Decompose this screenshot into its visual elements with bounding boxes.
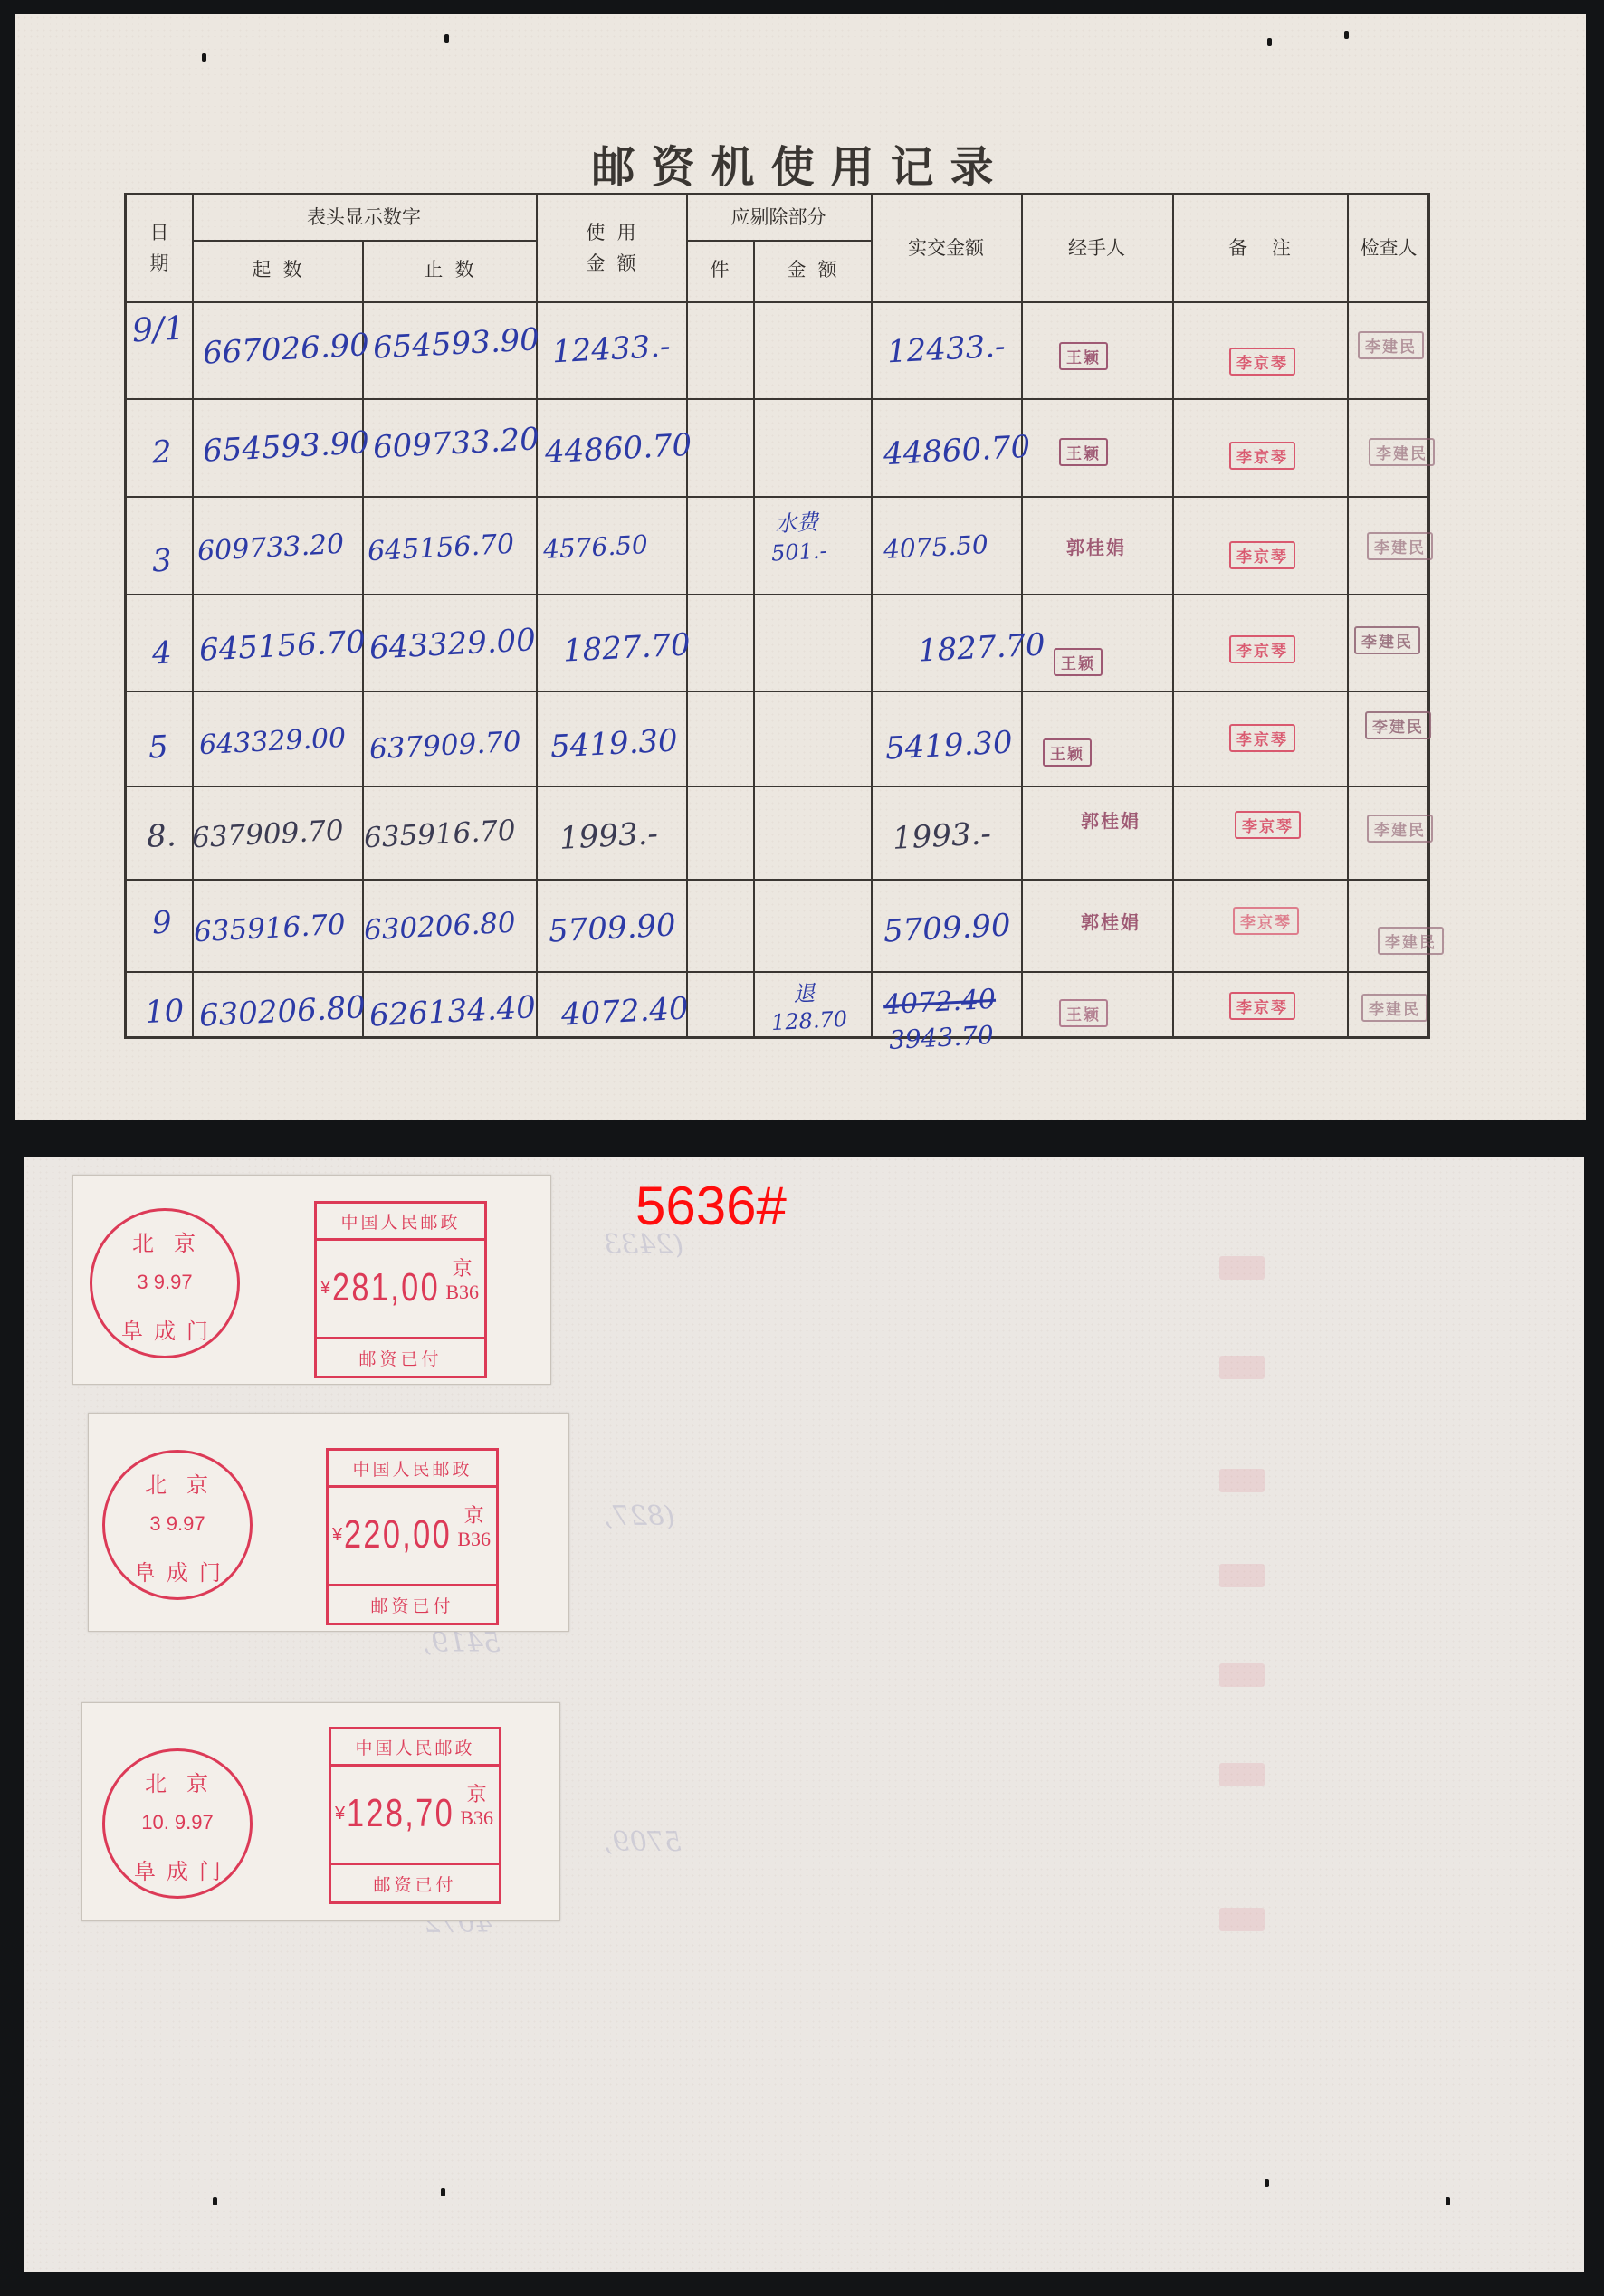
cell-actual-struck: 4072.40 xyxy=(883,984,997,1021)
cell-start: 645156.70 xyxy=(198,624,367,669)
meter-header: 中国人民邮政 xyxy=(329,1451,496,1488)
header-end-reading: 止 数 xyxy=(362,240,536,301)
postmark: 北京 3 9.97 阜成门 xyxy=(102,1450,253,1600)
currency-symbol: ¥ xyxy=(320,1278,330,1299)
meter-stamp-cutting: 北京 3 9.97 阜成门 中国人民邮政 ¥ 281,00 京 B36 邮资已付 xyxy=(72,1175,551,1385)
postage-amount: 281,00 xyxy=(332,1265,440,1310)
cell-deduct-note: 水费 xyxy=(774,504,819,538)
cell-start: 609733.20 xyxy=(196,529,345,567)
inspector-seal: 李建民 xyxy=(1365,711,1431,739)
postmark-date: 10. 9.97 xyxy=(105,1811,250,1834)
show-through-seal xyxy=(1219,1469,1265,1492)
staple-hole xyxy=(213,2197,217,2205)
cell-used: 12433.- xyxy=(551,329,671,371)
cell-end: 645156.70 xyxy=(367,529,515,567)
postmark-date: 3 9.97 xyxy=(92,1271,237,1294)
meter-city-code: 京 xyxy=(460,1783,493,1806)
catalog-number-label: 5636# xyxy=(635,1175,787,1237)
header-deductions: 应剔除部分 xyxy=(686,195,871,240)
staple-hole xyxy=(1265,2179,1269,2187)
postage-meter-impression: 中国人民邮政 ¥ 220,00 京 B36 邮资已付 xyxy=(326,1448,499,1625)
cell-end: 626134.40 xyxy=(368,989,537,1034)
inspector-seal: 李建民 xyxy=(1369,438,1435,466)
cell-date: 5 xyxy=(148,729,169,766)
cell-date: 10 xyxy=(144,993,185,1031)
show-through-seal xyxy=(1219,1908,1265,1931)
cell-start: 654593.90 xyxy=(202,424,370,470)
cell-start: 667026.90 xyxy=(202,327,370,372)
cell-deduct-amount: 128.70 xyxy=(770,1006,847,1035)
inspector-seal: 李建民 xyxy=(1354,626,1420,654)
handler-seal: 王颖 xyxy=(1059,438,1108,466)
cell-start: 643329.00 xyxy=(198,722,347,761)
handler-seal: 王颖 xyxy=(1059,999,1108,1027)
cell-actual: 1993.- xyxy=(892,815,992,857)
postmark: 北京 3 9.97 阜成门 xyxy=(90,1208,240,1358)
show-through-seal xyxy=(1219,1763,1265,1786)
postmark-office: 阜成门 xyxy=(105,1853,250,1885)
cell-actual: 12433.- xyxy=(886,329,1006,371)
postmark: 北京 10. 9.97 阜成门 xyxy=(102,1748,253,1899)
postage-meter-impression: 中国人民邮政 ¥ 281,00 京 B36 邮资已付 xyxy=(314,1201,487,1378)
cell-used: 1993.- xyxy=(559,815,659,857)
remark-seal: 李京琴 xyxy=(1235,811,1301,839)
meter-header: 中国人民邮政 xyxy=(317,1204,484,1241)
cell-date: 3 xyxy=(151,542,173,579)
cell-start: 630206.80 xyxy=(198,989,367,1034)
header-actual-amount: 实交金额 xyxy=(871,195,1021,301)
ledger-sheet-front: 邮资机使用记录 日 期 表头显示数字 起 数 止 数 使 用 金 额 应剔除部分… xyxy=(15,14,1586,1120)
meter-footer: 邮资已付 xyxy=(331,1863,499,1901)
show-through-writing: 5709, xyxy=(604,1826,682,1858)
header-deduct-items: 件 xyxy=(686,240,753,301)
staple-hole xyxy=(441,2188,445,2196)
handler-seal: 王颖 xyxy=(1059,342,1108,370)
cell-start: 635916.70 xyxy=(193,909,346,949)
show-through-writing: (827, xyxy=(604,1500,675,1532)
postmark-city: 北京 xyxy=(92,1225,237,1257)
staple-hole xyxy=(1446,2197,1450,2205)
cell-actual: 5419.30 xyxy=(884,724,1014,767)
meter-city-code: 京 xyxy=(445,1257,479,1281)
cell-actual: 5709.90 xyxy=(883,907,1012,949)
handler-seal: 郭桂娟 xyxy=(1059,530,1133,562)
currency-symbol: ¥ xyxy=(332,1525,342,1546)
show-through-writing: (2433 xyxy=(604,1229,683,1261)
cell-deduct-note: 退 xyxy=(792,975,816,1007)
cell-used: 44860.70 xyxy=(544,427,692,471)
meter-header: 中国人民邮政 xyxy=(331,1729,499,1767)
cell-actual: 1827.70 xyxy=(917,626,1046,669)
staple-hole xyxy=(1344,31,1349,39)
staple-hole xyxy=(444,34,449,43)
document-title: 邮资机使用记录 xyxy=(15,132,1586,195)
postage-meter-impression: 中国人民邮政 ¥ 128,70 京 B36 邮资已付 xyxy=(329,1727,501,1904)
show-through-seal xyxy=(1219,1663,1265,1687)
postage-amount: 220,00 xyxy=(344,1512,452,1558)
inspector-seal: 李建民 xyxy=(1367,815,1433,843)
remark-seal: 李京琴 xyxy=(1229,635,1295,663)
meter-machine-code: B36 xyxy=(445,1281,479,1304)
header-remarks: 备 注 xyxy=(1172,195,1347,301)
inspector-seal: 李建民 xyxy=(1378,927,1444,955)
cell-deduct-amount: 501.- xyxy=(770,538,827,566)
meter-stamp-cutting: 北京 10. 9.97 阜成门 中国人民邮政 ¥ 128,70 京 B36 邮资… xyxy=(81,1702,560,1921)
cell-used: 5419.30 xyxy=(549,722,679,765)
remark-seal: 李京琴 xyxy=(1229,541,1295,569)
remark-seal: 李京琴 xyxy=(1233,907,1299,935)
remark-seal: 李京琴 xyxy=(1229,442,1295,470)
remark-seal: 李京琴 xyxy=(1229,724,1295,752)
postmark-city: 北京 xyxy=(105,1766,250,1797)
handler-seal: 郭桂娟 xyxy=(1074,804,1148,835)
header-date: 日 期 xyxy=(127,195,192,301)
cell-date: 9/1 xyxy=(131,310,186,350)
cell-actual-corrected: 3943.70 xyxy=(888,1020,994,1055)
meter-footer: 邮资已付 xyxy=(329,1584,496,1623)
cell-end: 643329.00 xyxy=(368,622,537,667)
remark-seal: 李京琴 xyxy=(1229,992,1295,1020)
cell-end: 609733.20 xyxy=(372,421,540,466)
handler-seal: 王颖 xyxy=(1054,648,1103,676)
meter-stamp-cutting: 北京 3 9.97 阜成门 中国人民邮政 ¥ 220,00 京 B36 邮资已付 xyxy=(88,1413,569,1632)
header-start-reading: 起 数 xyxy=(192,240,362,301)
inspector-seal: 李建民 xyxy=(1358,331,1424,359)
header-deduct-amount: 金 额 xyxy=(753,240,871,301)
show-through-seal xyxy=(1219,1256,1265,1280)
cell-start: 637909.70 xyxy=(191,815,344,855)
handler-seal: 王颖 xyxy=(1043,738,1092,767)
handler-seal: 郭桂娟 xyxy=(1074,905,1148,937)
cell-actual: 44860.70 xyxy=(883,429,1031,472)
postmark-office: 阜成门 xyxy=(92,1313,237,1345)
postmark-office: 阜成门 xyxy=(105,1555,250,1586)
show-through-seal xyxy=(1219,1356,1265,1379)
inspector-seal: 李建民 xyxy=(1367,532,1433,560)
postage-meter-ledger-table: 日 期 表头显示数字 起 数 止 数 使 用 金 额 应剔除部分 件 金 额 实… xyxy=(124,193,1430,1039)
show-through-writing: 5419, xyxy=(423,1627,501,1659)
cell-used: 4072.40 xyxy=(560,990,690,1033)
cell-date: 4 xyxy=(151,634,173,672)
cell-date: 2 xyxy=(151,433,173,471)
postage-amount: 128,70 xyxy=(347,1791,454,1836)
header-used-amount: 使 用 金 额 xyxy=(536,195,686,301)
meter-footer: 邮资已付 xyxy=(317,1337,484,1376)
header-meter-display: 表头显示数字 xyxy=(192,195,536,240)
cell-date: 9 xyxy=(151,904,173,941)
inspector-seal: 李建民 xyxy=(1361,994,1427,1022)
show-through-seal xyxy=(1219,1564,1265,1587)
currency-symbol: ¥ xyxy=(335,1804,345,1824)
cell-end: 637909.70 xyxy=(368,726,521,767)
meter-machine-code: B36 xyxy=(460,1806,493,1830)
cell-used: 1827.70 xyxy=(562,626,692,669)
cell-used: 4576.50 xyxy=(542,529,648,565)
ledger-sheet-back: 5636# (2433 48b0,7 (827, 5419, 5709, 407… xyxy=(24,1157,1584,2272)
postmark-city: 北京 xyxy=(105,1467,250,1499)
header-handler: 经手人 xyxy=(1021,195,1172,301)
cell-actual: 4075.50 xyxy=(883,529,988,565)
cell-end: 654593.90 xyxy=(372,321,540,367)
meter-machine-code: B36 xyxy=(457,1528,491,1551)
staple-hole xyxy=(202,53,206,62)
postmark-date: 3 9.97 xyxy=(105,1512,250,1536)
cell-end: 635916.70 xyxy=(363,815,516,855)
cell-date: 8. xyxy=(146,817,177,855)
staple-hole xyxy=(1267,38,1272,46)
remark-seal: 李京琴 xyxy=(1229,348,1295,376)
cell-used: 5709.90 xyxy=(548,907,677,949)
header-inspector: 检查人 xyxy=(1347,195,1430,301)
meter-city-code: 京 xyxy=(457,1504,491,1528)
cell-end: 630206.80 xyxy=(363,907,516,948)
